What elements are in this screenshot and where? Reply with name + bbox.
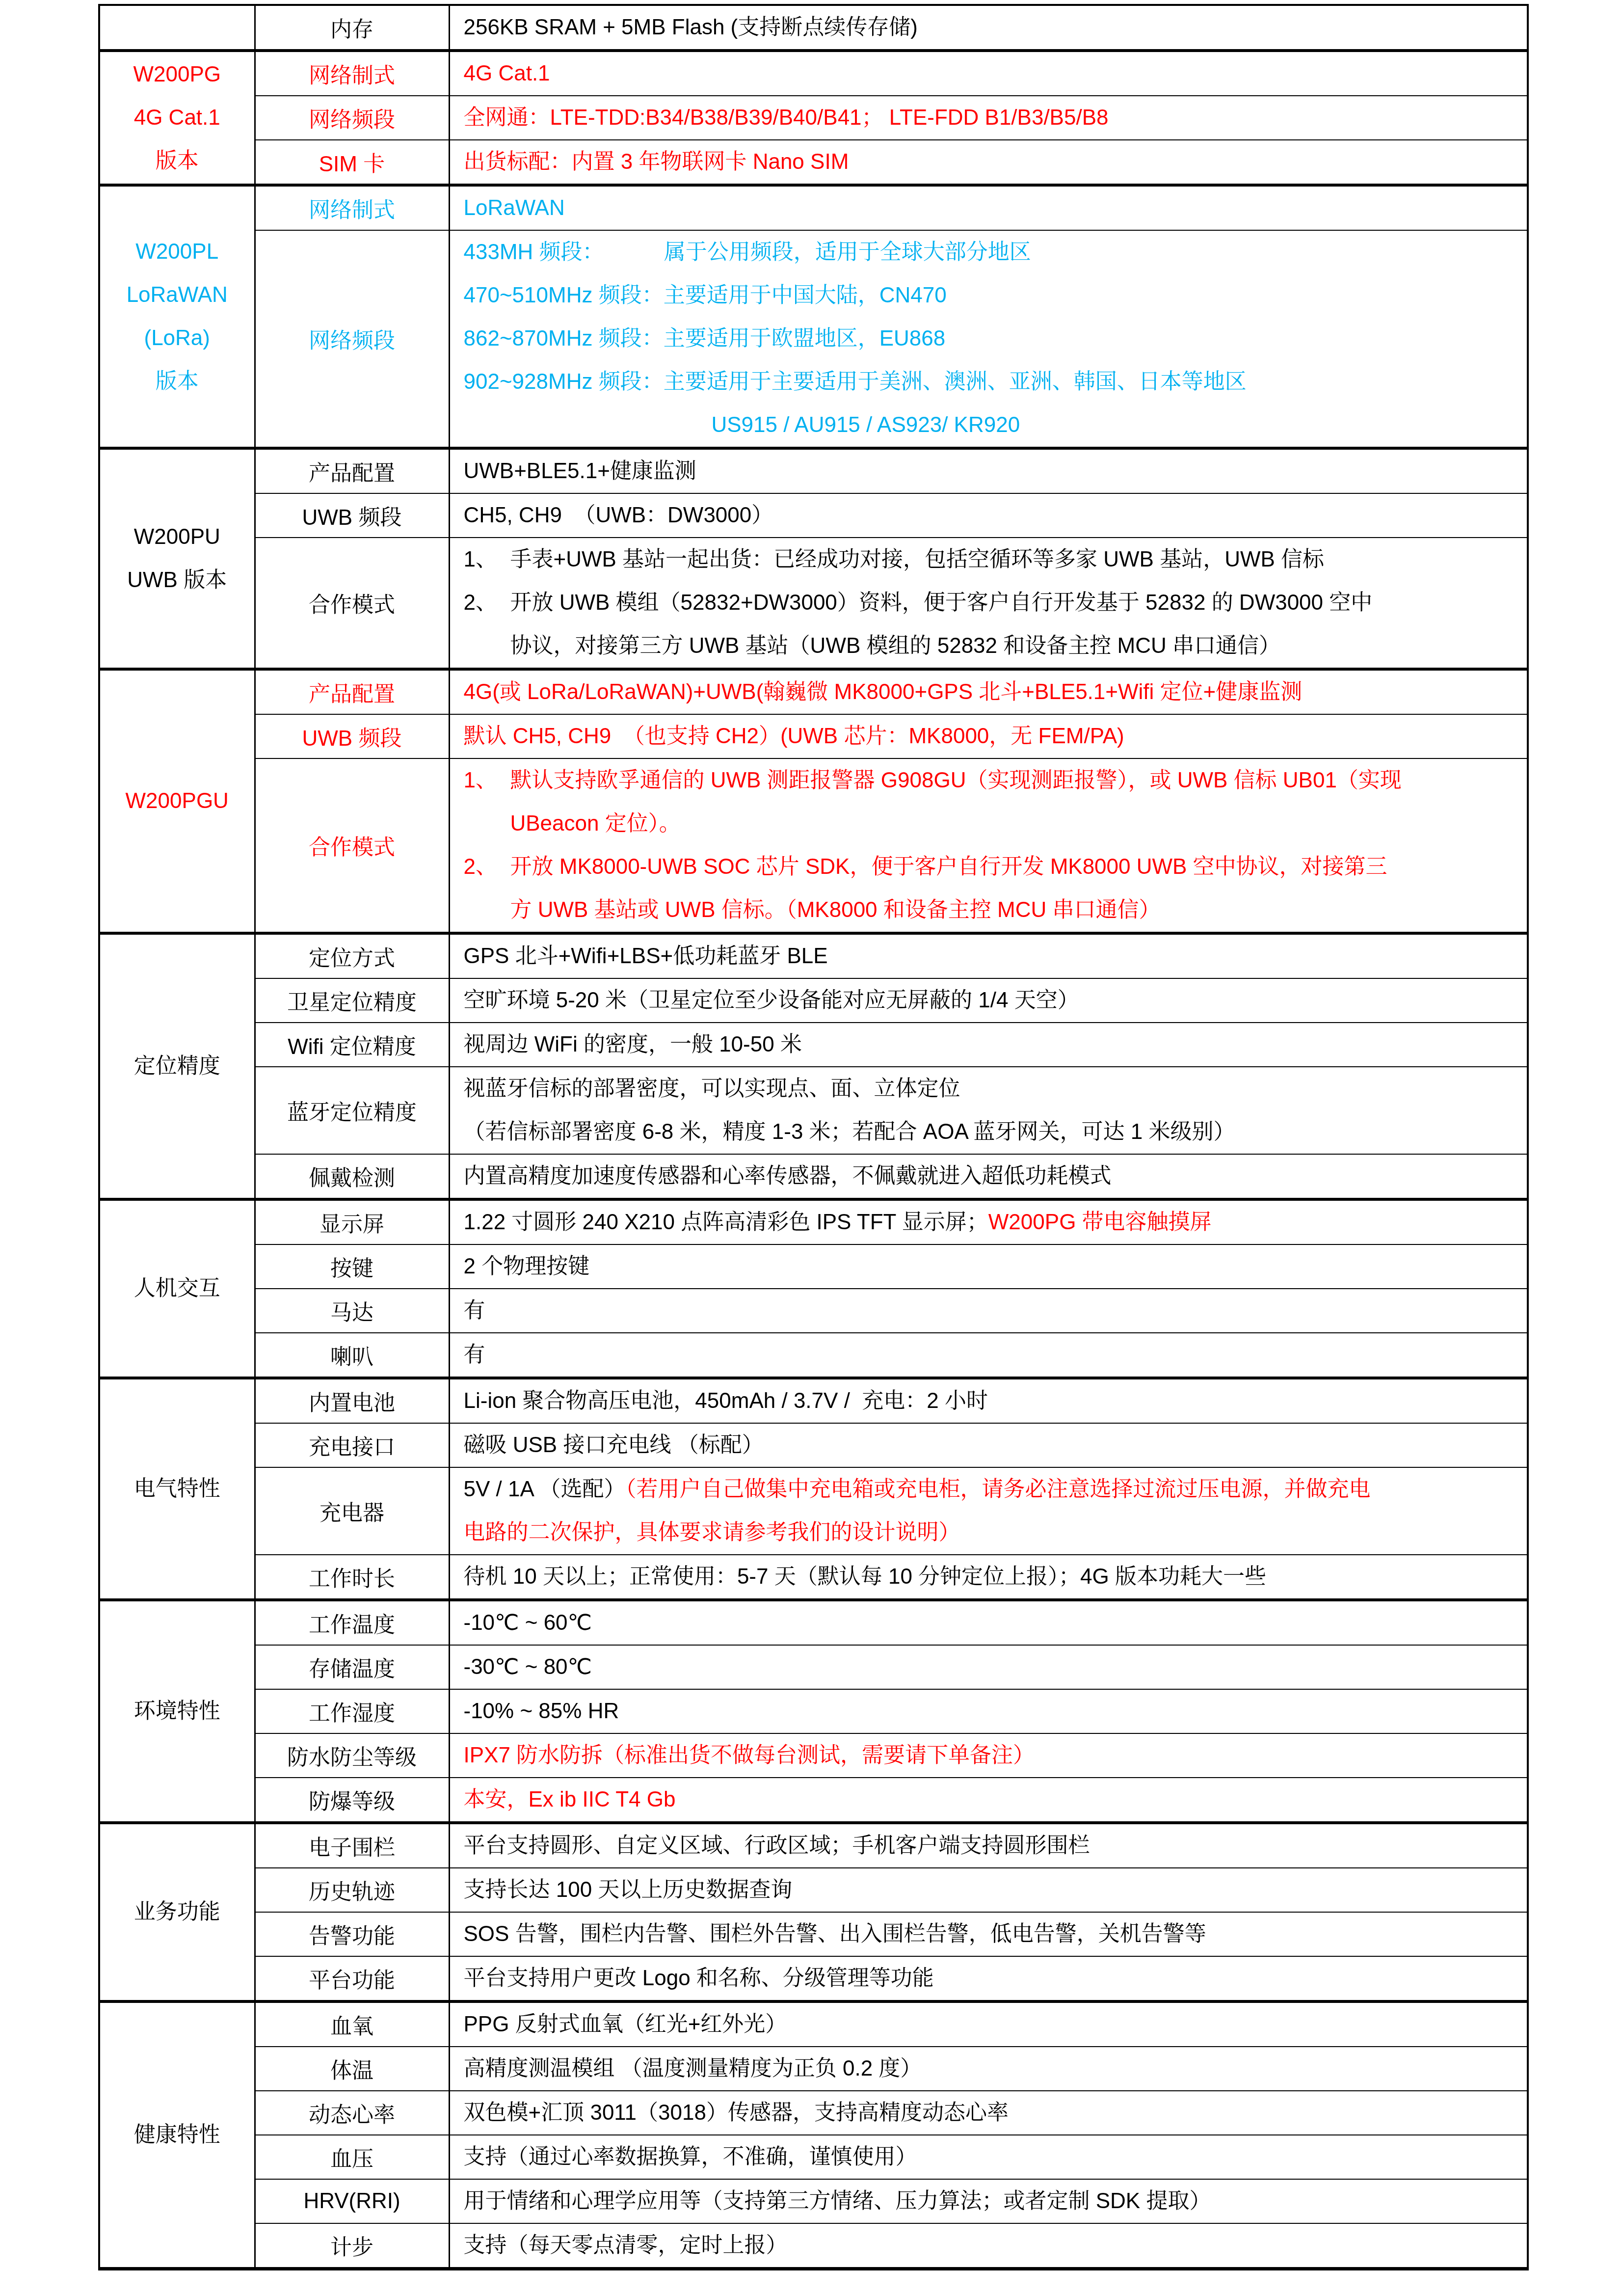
value-line: 470~510MHz 频段：主要适用于中国大陆，CN470 bbox=[450, 274, 1527, 317]
value-segment: 862~870MHz 频段：主要适用于欧盟地区，EU868 bbox=[464, 326, 946, 351]
value-cell: 内置高精度加速度传感器和心率传感器，不佩戴就进入超低功耗模式 bbox=[449, 1154, 1528, 1199]
group-label-line: LoRaWAN bbox=[100, 273, 254, 317]
value-segment: 电路的二次保护，具体要求请参考我们的设计说明） bbox=[464, 1520, 960, 1544]
spec-table: 内存256KB SRAM + 5MB Flash (支持断点续传存储)W200P… bbox=[98, 4, 1529, 2270]
value-segment: 平台支持圆形、自定义区域、行政区域；手机客户端支持圆形围栏 bbox=[464, 1834, 1090, 1858]
value-segment: 本安，Ex ib IIC T4 Gb bbox=[464, 1787, 676, 1811]
group-cell: 定位精度 bbox=[99, 933, 255, 1199]
group-cell: 环境特性 bbox=[99, 1600, 255, 1823]
spec-row: W200PGU产品配置4G(或 LoRa/LoRaWAN)+UWB(翰巍微 MK… bbox=[99, 669, 1528, 714]
value-line: 支持长达 100 天以上历史数据查询 bbox=[450, 1868, 1527, 1912]
list-number: 2、 bbox=[464, 845, 510, 889]
group-label-line: 业务功能 bbox=[100, 1891, 254, 1934]
spec-row: 合作模式1、默认支持欧孚通信的 UWB 测距报警器 G908GU（实现测距报警）… bbox=[99, 758, 1528, 933]
value-cell: PPG 反射式血氧（红光+红外光） bbox=[449, 2001, 1528, 2047]
attr-cell: SIM 卡 bbox=[255, 140, 449, 185]
list-number: 2、 bbox=[464, 581, 510, 624]
value-segment: 视蓝牙信标的部署密度，可以实现点、面、立体定位 bbox=[464, 1077, 960, 1101]
value-segment: （若信标部署密度 6-8 米，精度 1-3 米；若配合 AOA 蓝牙网关，可达 … bbox=[464, 1120, 1235, 1144]
attr-cell: 产品配置 bbox=[255, 448, 449, 493]
attr-cell: 动态心率 bbox=[255, 2091, 449, 2135]
value-line: LoRaWAN bbox=[450, 187, 1527, 230]
value-segment: 手表+UWB 基站一起出货：已经成功对接，包括空循环等多家 UWB 基站，UWB… bbox=[510, 547, 1325, 571]
value-segment: 有 bbox=[464, 1298, 485, 1323]
value-line: 有 bbox=[450, 1289, 1527, 1332]
value-segment: 全网通：LTE-TDD:B34/B38/B39/B40/B41； LTE-FDD… bbox=[464, 106, 1109, 130]
group-cell: 电气特性 bbox=[99, 1378, 255, 1600]
attr-cell: 充电接口 bbox=[255, 1423, 449, 1467]
value-segment: SOS 告警，围栏内告警、围栏外告警、出入围栏告警，低电告警，关机告警等 bbox=[464, 1922, 1206, 1946]
attr-cell: 工作温度 bbox=[255, 1600, 449, 1645]
spec-row: 工作时长待机 10 天以上；正常使用：5-7 天（默认每 10 分钟定位上报）；… bbox=[99, 1555, 1528, 1600]
spec-row: W200PUUWB 版本产品配置UWB+BLE5.1+健康监测 bbox=[99, 448, 1528, 493]
value-segment: 开放 MK8000-UWB SOC 芯片 SDK，便于客户自行开发 MK8000… bbox=[510, 855, 1387, 879]
value-segment: 4G(或 LoRa/LoRaWAN)+UWB(翰巍微 MK8000+GPS 北斗… bbox=[464, 680, 1303, 704]
attr-cell: 防爆等级 bbox=[255, 1778, 449, 1823]
value-line: 862~870MHz 频段：主要适用于欧盟地区，EU868 bbox=[450, 317, 1527, 360]
value-cell: 双色模+汇顶 3011（3018）传感器，支持高精度动态心率 bbox=[449, 2091, 1528, 2135]
value-cell: IPX7 防水防拆（标准出货不做每台测试，需要请下单备注） bbox=[449, 1733, 1528, 1778]
value-segment: 平台支持用户更改 Logo 和名称、分级管理等功能 bbox=[464, 1966, 934, 1990]
spec-row: 按键2 个物理按键 bbox=[99, 1244, 1528, 1289]
value-line: 待机 10 天以上；正常使用：5-7 天（默认每 10 分钟定位上报）；4G 版… bbox=[450, 1555, 1527, 1598]
value-line: -10% ~ 85% HR bbox=[450, 1690, 1527, 1733]
value-line: IPX7 防水防拆（标准出货不做每台测试，需要请下单备注） bbox=[450, 1734, 1527, 1777]
value-line: 协议，对接第三方 UWB 基站（UWB 模组的 52832 和设备主控 MCU … bbox=[450, 624, 1527, 668]
value-segment: 470~510MHz 频段：主要适用于中国大陆，CN470 bbox=[464, 283, 947, 307]
value-line: 双色模+汇顶 3011（3018）传感器，支持高精度动态心率 bbox=[450, 2091, 1527, 2134]
spec-row: 网络频段433MH 频段： 属于公用频段，适用于全球大部分地区470~510MH… bbox=[99, 230, 1528, 448]
group-cell: W200PLLoRaWAN(LoRa)版本 bbox=[99, 185, 255, 448]
spec-row: W200PG4G Cat.1版本网络制式4G Cat.1 bbox=[99, 51, 1528, 96]
attr-cell: 计步 bbox=[255, 2223, 449, 2269]
value-line: 方 UWB 基站或 UWB 信标。（MK8000 和设备主控 MCU 串口通信） bbox=[450, 889, 1527, 932]
value-line: 出货标配：内置 3 年物联网卡 Nano SIM bbox=[450, 140, 1527, 184]
value-line: 5V / 1A （选配）（若用户自己做集中充电箱或充电柜，请务必注意选择过流过压… bbox=[450, 1468, 1527, 1511]
value-line: 全网通：LTE-TDD:B34/B38/B39/B40/B41； LTE-FDD… bbox=[450, 96, 1527, 139]
value-cell: UWB+BLE5.1+健康监测 bbox=[449, 448, 1528, 493]
value-segment: （若用户自己做集中充电箱或充电柜，请务必注意选择过流过压电源，并做充电 bbox=[626, 1477, 1371, 1501]
value-cell: -10% ~ 85% HR bbox=[449, 1689, 1528, 1733]
spec-row: 告警功能SOS 告警，围栏内告警、围栏外告警、出入围栏告警，低电告警，关机告警等 bbox=[99, 1912, 1528, 1956]
value-segment: GPS 北斗+Wifi+LBS+低功耗蓝牙 BLE bbox=[464, 944, 828, 968]
attr-cell: 历史轨迹 bbox=[255, 1868, 449, 1912]
value-line: 高精度测温模组 （温度测量精度为正负 0.2 度） bbox=[450, 2047, 1527, 2090]
spec-row: 健康特性血氧PPG 反射式血氧（红光+红外光） bbox=[99, 2001, 1528, 2047]
value-cell: 支持（每天零点清零，定时上报） bbox=[449, 2223, 1528, 2269]
attr-cell: UWB 频段 bbox=[255, 493, 449, 538]
value-cell: -30℃ ~ 80℃ bbox=[449, 1645, 1528, 1689]
attr-cell: 产品配置 bbox=[255, 669, 449, 714]
value-cell: 平台支持圆形、自定义区域、行政区域；手机客户端支持圆形围栏 bbox=[449, 1823, 1528, 1868]
attr-cell: HRV(RRI) bbox=[255, 2179, 449, 2223]
value-cell: 出货标配：内置 3 年物联网卡 Nano SIM bbox=[449, 140, 1528, 185]
group-label-line: W200PU bbox=[100, 515, 254, 559]
group-cell: W200PGU bbox=[99, 669, 255, 933]
spec-row: 血压支持（通过心率数据换算，不准确，谨慎使用） bbox=[99, 2135, 1528, 2179]
spec-table-body: 内存256KB SRAM + 5MB Flash (支持断点续传存储)W200P… bbox=[99, 5, 1528, 2269]
group-label-line: (LoRa) bbox=[100, 317, 254, 360]
spec-row: 充电器5V / 1A （选配）（若用户自己做集中充电箱或充电柜，请务必注意选择过… bbox=[99, 1467, 1528, 1555]
value-cell: 视周边 WiFi 的密度，一般 10-50 米 bbox=[449, 1023, 1528, 1067]
value-cell: 4G(或 LoRa/LoRaWAN)+UWB(翰巍微 MK8000+GPS 北斗… bbox=[449, 669, 1528, 714]
value-cell: 256KB SRAM + 5MB Flash (支持断点续传存储) bbox=[449, 5, 1528, 51]
attr-cell: 工作湿度 bbox=[255, 1689, 449, 1733]
attr-cell: 马达 bbox=[255, 1289, 449, 1333]
group-cell: 业务功能 bbox=[99, 1823, 255, 2001]
value-segment: IPX7 防水防拆（标准出货不做每台测试，需要请下单备注） bbox=[464, 1743, 1035, 1767]
spec-row: 喇叭有 bbox=[99, 1333, 1528, 1378]
value-segment: 5V / 1A （选配） bbox=[464, 1477, 626, 1501]
spec-row: 计步支持（每天零点清零，定时上报） bbox=[99, 2223, 1528, 2269]
value-cell: 支持长达 100 天以上历史数据查询 bbox=[449, 1868, 1528, 1912]
value-segment: 空旷环境 5-20 米（卫星定位至少设备能对应无屏蔽的 1/4 天空） bbox=[464, 988, 1079, 1012]
value-line: 2、开放 MK8000-UWB SOC 芯片 SDK，便于客户自行开发 MK80… bbox=[450, 845, 1527, 889]
attr-cell: 内置电池 bbox=[255, 1378, 449, 1423]
attr-cell: 血压 bbox=[255, 2135, 449, 2179]
group-label-line: 版本 bbox=[100, 360, 254, 403]
value-line: CH5, CH9 （UWB：DW3000） bbox=[450, 494, 1527, 537]
attr-cell: 网络频段 bbox=[255, 96, 449, 140]
spec-row: W200PLLoRaWAN(LoRa)版本网络制式LoRaWAN bbox=[99, 185, 1528, 230]
spec-row: 动态心率双色模+汇顶 3011（3018）传感器，支持高精度动态心率 bbox=[99, 2091, 1528, 2135]
group-label-line: 4G Cat.1 bbox=[100, 96, 254, 139]
attr-cell: 合作模式 bbox=[255, 538, 449, 669]
spec-row: 网络频段全网通：LTE-TDD:B34/B38/B39/B40/B41； LTE… bbox=[99, 96, 1528, 140]
value-segment: 256KB SRAM + 5MB Flash (支持断点续传存储) bbox=[464, 15, 918, 39]
spec-row: 充电接口磁吸 USB 接口充电线 （标配） bbox=[99, 1423, 1528, 1467]
attr-cell: 存储温度 bbox=[255, 1645, 449, 1689]
spec-row: 环境特性工作温度-10℃ ~ 60℃ bbox=[99, 1600, 1528, 1645]
spec-row: UWB 频段默认 CH5, CH9 （也支持 CH2）(UWB 芯片：MK800… bbox=[99, 714, 1528, 758]
value-line: GPS 北斗+Wifi+LBS+低功耗蓝牙 BLE bbox=[450, 935, 1527, 978]
attr-cell: 佩戴检测 bbox=[255, 1154, 449, 1199]
spec-row: 定位精度定位方式GPS 北斗+Wifi+LBS+低功耗蓝牙 BLE bbox=[99, 933, 1528, 978]
value-line: 902~928MHz 频段：主要适用于主要适用于美洲、澳洲、亚洲、韩国、日本等地… bbox=[450, 360, 1527, 404]
value-cell: 高精度测温模组 （温度测量精度为正负 0.2 度） bbox=[449, 2047, 1528, 2091]
value-cell: 1、默认支持欧孚通信的 UWB 测距报警器 G908GU（实现测距报警），或 U… bbox=[449, 758, 1528, 933]
value-segment: 支持（每天零点清零，定时上报） bbox=[464, 2233, 788, 2257]
spec-row: HRV(RRI)用于情绪和心理学应用等（支持第三方情绪、压力算法；或者定制 SD… bbox=[99, 2179, 1528, 2223]
value-line: 有 bbox=[450, 1333, 1527, 1377]
attr-cell: 体温 bbox=[255, 2047, 449, 2091]
group-label-line: 定位精度 bbox=[100, 1045, 254, 1088]
value-line: 256KB SRAM + 5MB Flash (支持断点续传存储) bbox=[450, 6, 1527, 49]
attr-cell: 喇叭 bbox=[255, 1333, 449, 1378]
value-cell: 默认 CH5, CH9 （也支持 CH2）(UWB 芯片：MK8000，无 FE… bbox=[449, 714, 1528, 758]
group-label-line: 电气特性 bbox=[100, 1467, 254, 1511]
group-label-line: 环境特性 bbox=[100, 1690, 254, 1733]
value-cell: 有 bbox=[449, 1333, 1528, 1378]
spec-row: 合作模式1、手表+UWB 基站一起出货：已经成功对接，包括空循环等多家 UWB … bbox=[99, 538, 1528, 669]
value-segment: 磁吸 USB 接口充电线 （标配） bbox=[464, 1433, 764, 1457]
value-segment: -10℃ ~ 60℃ bbox=[464, 1611, 592, 1635]
attr-cell: 工作时长 bbox=[255, 1555, 449, 1600]
group-label-line: W200PGU bbox=[100, 780, 254, 823]
value-line: 用于情绪和心理学应用等（支持第三方情绪、压力算法；或者定制 SDK 提取） bbox=[450, 2180, 1527, 2223]
group-cell: 健康特性 bbox=[99, 2001, 255, 2269]
value-cell: CH5, CH9 （UWB：DW3000） bbox=[449, 493, 1528, 538]
value-cell: SOS 告警，围栏内告警、围栏外告警、出入围栏告警，低电告警，关机告警等 bbox=[449, 1912, 1528, 1956]
value-line: -10℃ ~ 60℃ bbox=[450, 1601, 1527, 1645]
attr-cell: UWB 频段 bbox=[255, 714, 449, 758]
value-line: 支持（每天零点清零，定时上报） bbox=[450, 2224, 1527, 2267]
spec-row: 防爆等级本安，Ex ib IIC T4 Gb bbox=[99, 1778, 1528, 1823]
value-segment: -10% ~ 85% HR bbox=[464, 1699, 619, 1723]
value-line: SOS 告警，围栏内告警、围栏外告警、出入围栏告警，低电告警，关机告警等 bbox=[450, 1913, 1527, 1956]
attr-cell: 网络频段 bbox=[255, 230, 449, 448]
value-segment: 高精度测温模组 （温度测量精度为正负 0.2 度） bbox=[464, 2056, 922, 2080]
value-segment: 出货标配：内置 3 年物联网卡 Nano SIM bbox=[464, 150, 849, 174]
value-line: PPG 反射式血氧（红光+红外光） bbox=[450, 2003, 1527, 2046]
spec-row: 历史轨迹支持长达 100 天以上历史数据查询 bbox=[99, 1868, 1528, 1912]
value-cell: 有 bbox=[449, 1289, 1528, 1333]
attr-cell: Wifi 定位精度 bbox=[255, 1023, 449, 1067]
value-line: US915 / AU915 / AS923/ KR920 bbox=[450, 404, 1527, 447]
value-segment: 协议，对接第三方 UWB 基站（UWB 模组的 52832 和设备主控 MCU … bbox=[510, 634, 1280, 658]
value-cell: 433MH 频段： 属于公用频段，适用于全球大部分地区470~510MHz 频段… bbox=[449, 230, 1528, 448]
value-cell: 4G Cat.1 bbox=[449, 51, 1528, 96]
attr-cell: 定位方式 bbox=[255, 933, 449, 978]
value-line: Li-ion 聚合物高压电池，450mAh / 3.7V / 充电：2 小时 bbox=[450, 1379, 1527, 1423]
value-segment: US915 / AU915 / AS923/ KR920 bbox=[712, 413, 1020, 437]
attr-cell: 电子围栏 bbox=[255, 1823, 449, 1868]
value-segment: 支持长达 100 天以上历史数据查询 bbox=[464, 1878, 793, 1902]
value-segment: 有 bbox=[464, 1343, 485, 1367]
value-cell: 用于情绪和心理学应用等（支持第三方情绪、压力算法；或者定制 SDK 提取） bbox=[449, 2179, 1528, 2223]
value-segment: 内置高精度加速度传感器和心率传感器，不佩戴就进入超低功耗模式 bbox=[464, 1164, 1112, 1188]
spec-row: 工作湿度-10% ~ 85% HR bbox=[99, 1689, 1528, 1733]
value-cell: 视蓝牙信标的部署密度，可以实现点、面、立体定位（若信标部署密度 6-8 米，精度… bbox=[449, 1067, 1528, 1154]
value-segment: 默认 CH5, CH9 （也支持 CH2）(UWB 芯片：MK8000，无 FE… bbox=[464, 724, 1124, 748]
value-segment: CH5, CH9 （UWB：DW3000） bbox=[464, 503, 773, 527]
value-line: 电路的二次保护，具体要求请参考我们的设计说明） bbox=[450, 1511, 1527, 1554]
value-segment: 视周边 WiFi 的密度，一般 10-50 米 bbox=[464, 1032, 802, 1056]
value-segment: PPG 反射式血氧（红光+红外光） bbox=[464, 2012, 787, 2036]
value-line: 4G(或 LoRa/LoRaWAN)+UWB(翰巍微 MK8000+GPS 北斗… bbox=[450, 671, 1527, 714]
value-line: 默认 CH5, CH9 （也支持 CH2）(UWB 芯片：MK8000，无 FE… bbox=[450, 715, 1527, 758]
list-number: 1、 bbox=[464, 759, 510, 802]
value-segment: 方 UWB 基站或 UWB 信标。（MK8000 和设备主控 MCU 串口通信） bbox=[510, 898, 1161, 922]
value-line: 平台支持圆形、自定义区域、行政区域；手机客户端支持圆形围栏 bbox=[450, 1824, 1527, 1867]
group-label-line: 健康特性 bbox=[100, 2113, 254, 2157]
spec-row: 业务功能电子围栏平台支持圆形、自定义区域、行政区域；手机客户端支持圆形围栏 bbox=[99, 1823, 1528, 1868]
spec-row: 防水防尘等级IPX7 防水防拆（标准出货不做每台测试，需要请下单备注） bbox=[99, 1733, 1528, 1778]
value-line: 平台支持用户更改 Logo 和名称、分级管理等功能 bbox=[450, 1957, 1527, 2000]
value-line: 视蓝牙信标的部署密度，可以实现点、面、立体定位 bbox=[450, 1067, 1527, 1110]
value-cell: 1.22 寸圆形 240 X210 点阵高清彩色 IPS TFT 显示屏；W20… bbox=[449, 1199, 1528, 1244]
group-label-line: 版本 bbox=[100, 139, 254, 183]
attr-cell: 合作模式 bbox=[255, 758, 449, 933]
attr-cell: 充电器 bbox=[255, 1467, 449, 1555]
list-number: 1、 bbox=[464, 538, 510, 581]
group-cell bbox=[99, 5, 255, 51]
value-line: 磁吸 USB 接口充电线 （标配） bbox=[450, 1424, 1527, 1467]
attr-cell: 防水防尘等级 bbox=[255, 1733, 449, 1778]
value-line: 1.22 寸圆形 240 X210 点阵高清彩色 IPS TFT 显示屏；W20… bbox=[450, 1201, 1527, 1244]
value-line: 视周边 WiFi 的密度，一般 10-50 米 bbox=[450, 1023, 1527, 1066]
attr-cell: 卫星定位精度 bbox=[255, 978, 449, 1023]
value-cell: LoRaWAN bbox=[449, 185, 1528, 230]
value-segment: 开放 UWB 模组（52832+DW3000）资料，便于客户自行开发基于 528… bbox=[510, 591, 1373, 615]
value-line: 2、开放 UWB 模组（52832+DW3000）资料，便于客户自行开发基于 5… bbox=[450, 581, 1527, 624]
spec-row: 平台功能平台支持用户更改 Logo 和名称、分级管理等功能 bbox=[99, 1956, 1528, 2001]
value-cell: 支持（通过心率数据换算，不准确，谨慎使用） bbox=[449, 2135, 1528, 2179]
spec-row: SIM 卡出货标配：内置 3 年物联网卡 Nano SIM bbox=[99, 140, 1528, 185]
spec-sheet-page: 内存256KB SRAM + 5MB Flash (支持断点续传存储)W200P… bbox=[0, 0, 1623, 2296]
value-line: 内置高精度加速度传感器和心率传感器，不佩戴就进入超低功耗模式 bbox=[450, 1155, 1527, 1198]
value-segment: Li-ion 聚合物高压电池，450mAh / 3.7V / 充电：2 小时 bbox=[464, 1389, 988, 1413]
attr-cell: 蓝牙定位精度 bbox=[255, 1067, 449, 1154]
value-cell: 1、手表+UWB 基站一起出货：已经成功对接，包括空循环等多家 UWB 基站，U… bbox=[449, 538, 1528, 669]
value-segment: 2 个物理按键 bbox=[464, 1254, 590, 1278]
attr-cell: 内存 bbox=[255, 5, 449, 51]
group-label-line: W200PL bbox=[100, 230, 254, 273]
spec-row: 体温高精度测温模组 （温度测量精度为正负 0.2 度） bbox=[99, 2047, 1528, 2091]
value-line: （若信标部署密度 6-8 米，精度 1-3 米；若配合 AOA 蓝牙网关，可达 … bbox=[450, 1110, 1527, 1154]
spec-row: 内存256KB SRAM + 5MB Flash (支持断点续传存储) bbox=[99, 5, 1528, 51]
value-line: 支持（通过心率数据换算，不准确，谨慎使用） bbox=[450, 2135, 1527, 2179]
group-label-line: UWB 版本 bbox=[100, 559, 254, 602]
value-cell: 本安，Ex ib IIC T4 Gb bbox=[449, 1778, 1528, 1823]
group-cell: W200PUUWB 版本 bbox=[99, 448, 255, 669]
value-cell: 5V / 1A （选配）（若用户自己做集中充电箱或充电柜，请务必注意选择过流过压… bbox=[449, 1467, 1528, 1555]
attr-cell: 告警功能 bbox=[255, 1912, 449, 1956]
spec-row: 存储温度-30℃ ~ 80℃ bbox=[99, 1645, 1528, 1689]
value-cell: 2 个物理按键 bbox=[449, 1244, 1528, 1289]
value-segment: 用于情绪和心理学应用等（支持第三方情绪、压力算法；或者定制 SDK 提取） bbox=[464, 2189, 1211, 2213]
spec-row: 马达有 bbox=[99, 1289, 1528, 1333]
value-cell: 全网通：LTE-TDD:B34/B38/B39/B40/B41； LTE-FDD… bbox=[449, 96, 1528, 140]
value-segment: 双色模+汇顶 3011（3018）传感器，支持高精度动态心率 bbox=[464, 2101, 1009, 2125]
value-line: 2 个物理按键 bbox=[450, 1245, 1527, 1288]
spec-row: 蓝牙定位精度视蓝牙信标的部署密度，可以实现点、面、立体定位（若信标部署密度 6-… bbox=[99, 1067, 1528, 1154]
attr-cell: 血氧 bbox=[255, 2001, 449, 2047]
value-cell: 空旷环境 5-20 米（卫星定位至少设备能对应无屏蔽的 1/4 天空） bbox=[449, 978, 1528, 1023]
value-line: 1、默认支持欧孚通信的 UWB 测距报警器 G908GU（实现测距报警），或 U… bbox=[450, 759, 1527, 802]
attr-cell: 网络制式 bbox=[255, 51, 449, 96]
value-segment: 待机 10 天以上；正常使用：5-7 天（默认每 10 分钟定位上报）；4G 版… bbox=[464, 1565, 1267, 1589]
attr-cell: 按键 bbox=[255, 1244, 449, 1289]
value-line: 1、手表+UWB 基站一起出货：已经成功对接，包括空循环等多家 UWB 基站，U… bbox=[450, 538, 1527, 581]
spec-row: 佩戴检测内置高精度加速度传感器和心率传感器，不佩戴就进入超低功耗模式 bbox=[99, 1154, 1528, 1199]
attr-cell: 显示屏 bbox=[255, 1199, 449, 1244]
value-cell: 平台支持用户更改 Logo 和名称、分级管理等功能 bbox=[449, 1956, 1528, 2001]
value-line: 本安，Ex ib IIC T4 Gb bbox=[450, 1778, 1527, 1821]
group-label-line: 人机交互 bbox=[100, 1267, 254, 1310]
value-segment: UBeacon 定位）。 bbox=[510, 811, 681, 836]
value-cell: Li-ion 聚合物高压电池，450mAh / 3.7V / 充电：2 小时 bbox=[449, 1378, 1528, 1423]
value-line: UWB+BLE5.1+健康监测 bbox=[450, 450, 1527, 493]
value-segment: LoRaWAN bbox=[464, 196, 565, 220]
value-segment: 4G Cat.1 bbox=[464, 61, 550, 85]
attr-cell: 平台功能 bbox=[255, 1956, 449, 2001]
value-cell: 磁吸 USB 接口充电线 （标配） bbox=[449, 1423, 1528, 1467]
value-segment: 支持（通过心率数据换算，不准确，谨慎使用） bbox=[464, 2145, 917, 2169]
value-segment: 1.22 寸圆形 240 X210 点阵高清彩色 IPS TFT 显示屏； bbox=[464, 1210, 988, 1234]
group-cell: W200PG4G Cat.1版本 bbox=[99, 51, 255, 185]
value-line: 空旷环境 5-20 米（卫星定位至少设备能对应无屏蔽的 1/4 天空） bbox=[450, 979, 1527, 1022]
spec-row: 人机交互显示屏1.22 寸圆形 240 X210 点阵高清彩色 IPS TFT … bbox=[99, 1199, 1528, 1244]
value-cell: 待机 10 天以上；正常使用：5-7 天（默认每 10 分钟定位上报）；4G 版… bbox=[449, 1555, 1528, 1600]
spec-row: 卫星定位精度空旷环境 5-20 米（卫星定位至少设备能对应无屏蔽的 1/4 天空… bbox=[99, 978, 1528, 1023]
value-line: -30℃ ~ 80℃ bbox=[450, 1646, 1527, 1689]
spec-row: UWB 频段CH5, CH9 （UWB：DW3000） bbox=[99, 493, 1528, 538]
value-segment: 433MH 频段： 属于公用频段，适用于全球大部分地区 bbox=[464, 240, 1031, 264]
spec-row: 电气特性内置电池Li-ion 聚合物高压电池，450mAh / 3.7V / 充… bbox=[99, 1378, 1528, 1423]
value-segment: 902~928MHz 频段：主要适用于主要适用于美洲、澳洲、亚洲、韩国、日本等地… bbox=[464, 370, 1247, 394]
spec-row: Wifi 定位精度视周边 WiFi 的密度，一般 10-50 米 bbox=[99, 1023, 1528, 1067]
attr-cell: 网络制式 bbox=[255, 185, 449, 230]
value-segment: 默认支持欧孚通信的 UWB 测距报警器 G908GU（实现测距报警），或 UWB… bbox=[510, 768, 1402, 792]
group-label-line: W200PG bbox=[100, 53, 254, 96]
group-cell: 人机交互 bbox=[99, 1199, 255, 1378]
value-cell: -10℃ ~ 60℃ bbox=[449, 1600, 1528, 1645]
value-line: UBeacon 定位）。 bbox=[450, 802, 1527, 845]
value-segment: UWB+BLE5.1+健康监测 bbox=[464, 459, 696, 483]
value-line: 4G Cat.1 bbox=[450, 52, 1527, 95]
value-cell: GPS 北斗+Wifi+LBS+低功耗蓝牙 BLE bbox=[449, 933, 1528, 978]
value-segment: W200PG 带电容触摸屏 bbox=[988, 1210, 1212, 1234]
value-segment: -30℃ ~ 80℃ bbox=[464, 1655, 592, 1679]
value-line: 433MH 频段： 属于公用频段，适用于全球大部分地区 bbox=[450, 231, 1527, 274]
